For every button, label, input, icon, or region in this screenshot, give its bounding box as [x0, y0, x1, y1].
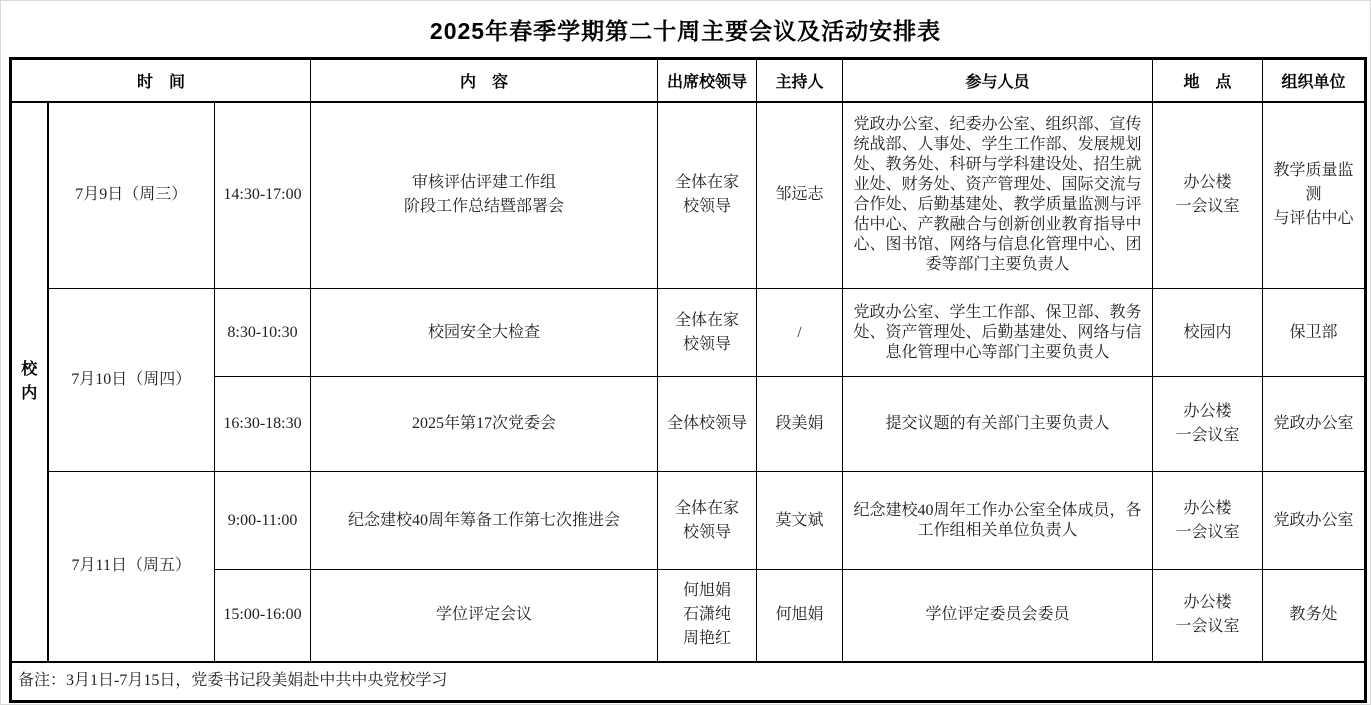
header-row: 时 间 内 容 出席校领导 主持人 参与人员 地 点 组织单位 — [11, 59, 1366, 102]
row4-time: 9:00-11:00 — [215, 472, 311, 570]
row3-content: 2025年第17次党委会 — [311, 377, 658, 472]
row5-location: 办公楼 一会议室 — [1153, 570, 1263, 662]
row1-organizer: 教学质量监测 与评估中心 — [1263, 102, 1366, 289]
note-row: 备注：3月1日-7月15日，党委书记段美娟赴中共中央党校学习 — [11, 662, 1366, 702]
schedule-table: 时 间 内 容 出席校领导 主持人 参与人员 地 点 组织单位 校内 7月9日（… — [9, 57, 1367, 703]
row4-organizer: 党政办公室 — [1263, 472, 1366, 570]
table-row-2: 7月10日（周四） 8:30-10:30 校园安全大检查 全体在家 校领导 / … — [11, 289, 1366, 377]
row2-leaders: 全体在家 校领导 — [658, 289, 757, 377]
row5-leaders: 何旭娟 石潇纯 周艳红 — [658, 570, 757, 662]
table-row-3: 16:30-18:30 2025年第17次党委会 全体校领导 段美娟 提交议题的… — [11, 377, 1366, 472]
row4-location: 办公楼 一会议室 — [1153, 472, 1263, 570]
row3-host: 段美娟 — [757, 377, 843, 472]
row1-time: 14:30-17:00 — [215, 102, 311, 289]
table-row-1: 校内 7月9日（周三） 14:30-17:00 审核评估评建工作组 阶段工作总结… — [11, 102, 1366, 289]
row2-time: 8:30-10:30 — [215, 289, 311, 377]
row5-organizer: 教务处 — [1263, 570, 1366, 662]
group-label-on-campus: 校内 — [11, 102, 48, 662]
header-participants: 参与人员 — [843, 59, 1153, 102]
row3-organizer: 党政办公室 — [1263, 377, 1366, 472]
header-leaders: 出席校领导 — [658, 59, 757, 102]
header-organizer: 组织单位 — [1263, 59, 1366, 102]
row1-host: 邹远志 — [757, 102, 843, 289]
row4-content: 纪念建校40周年筹备工作第七次推进会 — [311, 472, 658, 570]
header-host: 主持人 — [757, 59, 843, 102]
row2-host: / — [757, 289, 843, 377]
page-title: 2025年春季学期第二十周主要会议及活动安排表 — [1, 1, 1370, 57]
remark-note: 备注：3月1日-7月15日，党委书记段美娟赴中共中央党校学习 — [11, 662, 1366, 702]
table-row-4: 7月11日（周五） 9:00-11:00 纪念建校40周年筹备工作第七次推进会 … — [11, 472, 1366, 570]
row4-host: 莫文斌 — [757, 472, 843, 570]
row1-content: 审核评估评建工作组 阶段工作总结暨部署会 — [311, 102, 658, 289]
row2-participants: 党政办公室、学生工作部、保卫部、教务处、资产管理处、后勤基建处、网络与信息化管理… — [843, 289, 1153, 377]
row3-leaders: 全体校领导 — [658, 377, 757, 472]
row4-participants: 纪念建校40周年工作办公室全体成员，各工作组相关单位负责人 — [843, 472, 1153, 570]
header-time: 时 间 — [11, 59, 311, 102]
row5-host: 何旭娟 — [757, 570, 843, 662]
row2-location: 校园内 — [1153, 289, 1263, 377]
row1-participants: 党政办公室、纪委办公室、组织部、宣传统战部、人事处、学生工作部、发展规划处、教务… — [843, 102, 1153, 289]
row1-leaders: 全体在家 校领导 — [658, 102, 757, 289]
spreadsheet-page: 2025年春季学期第二十周主要会议及活动安排表 时 间 内 容 出席校领导 主持… — [0, 0, 1371, 705]
row5-time: 15:00-16:00 — [215, 570, 311, 662]
header-location: 地 点 — [1153, 59, 1263, 102]
row2-organizer: 保卫部 — [1263, 289, 1366, 377]
row5-participants: 学位评定委员会委员 — [843, 570, 1153, 662]
row3-location: 办公楼 一会议室 — [1153, 377, 1263, 472]
header-content: 内 容 — [311, 59, 658, 102]
row3-participants: 提交议题的有关部门主要负责人 — [843, 377, 1153, 472]
row1-date: 7月9日（周三） — [48, 102, 215, 289]
row4-date: 7月11日（周五） — [48, 472, 215, 662]
row2-date: 7月10日（周四） — [48, 289, 215, 472]
row4-leaders: 全体在家 校领导 — [658, 472, 757, 570]
table-row-5: 15:00-16:00 学位评定会议 何旭娟 石潇纯 周艳红 何旭娟 学位评定委… — [11, 570, 1366, 662]
row3-time: 16:30-18:30 — [215, 377, 311, 472]
row1-location: 办公楼 一会议室 — [1153, 102, 1263, 289]
row5-content: 学位评定会议 — [311, 570, 658, 662]
row2-content: 校园安全大检查 — [311, 289, 658, 377]
